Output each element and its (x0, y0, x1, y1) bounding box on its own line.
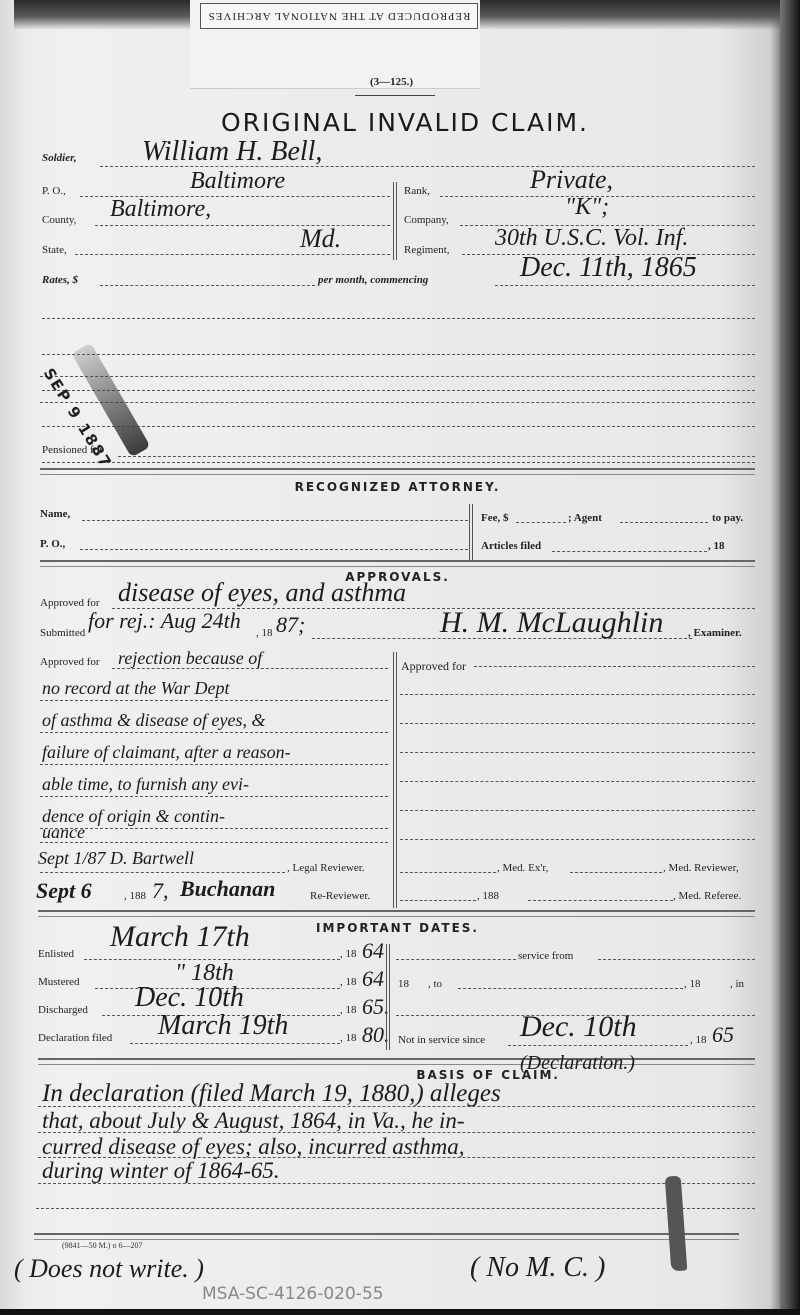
page-title: ORIGINAL INVALID CLAIM. (170, 108, 640, 137)
scan-right-edge (780, 0, 800, 1315)
declaration-filed-value: March 19th (158, 1010, 288, 1042)
rejection-line-4: able time, to furnish any evi- (42, 774, 249, 795)
right-approved-line (400, 781, 755, 782)
rereviewer-date-value: Sept 6 (36, 878, 92, 904)
service-from-pre-line (396, 959, 516, 960)
county-label: County, (42, 214, 76, 226)
company-label: Company, (404, 214, 449, 226)
rates-label: Rates, $ (42, 274, 78, 286)
document-page: REPRODUCED AT THE NATIONAL ARCHIVES (3—1… (0, 0, 800, 1315)
rates-line (100, 285, 315, 286)
mustered-label: Mustered (38, 976, 80, 988)
rejection-rule (40, 796, 388, 797)
articles-year-label: , 18 (708, 540, 725, 552)
regiment-label: Regiment, (404, 244, 450, 256)
blank-line (42, 462, 755, 463)
right-approved-line (400, 810, 755, 811)
state-label: State, (42, 244, 67, 256)
rejection-line-3: failure of claimant, after a reason- (42, 742, 291, 763)
per-month-label: per month, commencing (318, 274, 428, 286)
pensioned-for-label: Pensioned for (42, 444, 103, 456)
right-year-label: , 188 (477, 890, 499, 902)
approved-for-value: disease of eyes, and asthma (118, 578, 406, 608)
rejection-rule (40, 732, 388, 733)
not-in-service-line (508, 1045, 688, 1046)
state-value: Md. (300, 224, 341, 254)
rejection-rule (40, 842, 388, 843)
mustered-year-prefix: , 18 (340, 976, 357, 988)
mustered-year-value: 64 (362, 966, 384, 992)
rank-label: Rank, (404, 185, 430, 197)
right-approved-line (400, 694, 755, 695)
rereviewer-year-value: 7, (152, 878, 169, 904)
submitted-label: Submitted (40, 627, 85, 639)
po-label: P. O., (42, 185, 66, 197)
basis-line-3: during winter of 1864-65. (42, 1158, 280, 1184)
to-pay-label: to pay. (712, 512, 743, 524)
med-referee-line (528, 900, 673, 901)
discharged-year-prefix: , 18 (340, 1004, 357, 1016)
county-value: Baltimore, (110, 196, 211, 223)
submitted-year-prefix: , 18 (256, 627, 273, 639)
examiner-signature: H. M. McLaughlin (440, 606, 663, 640)
enlisted-value: March 17th (110, 920, 250, 954)
right-date-line (400, 900, 476, 901)
service-to-label: , to (428, 978, 442, 990)
column-divider (393, 652, 397, 908)
service-to-line (458, 988, 683, 989)
rereviewer-signature: Buchanan (180, 876, 275, 902)
declaration-year-prefix: , 18 (340, 1032, 357, 1044)
divider (355, 95, 435, 96)
company-value: "K"; (565, 194, 609, 221)
service-from-label: service from (518, 950, 573, 962)
blank-line (42, 354, 755, 355)
attorney-name-label: Name, (40, 508, 70, 520)
commencing-value: Dec. 11th, 1865 (520, 252, 697, 284)
legal-reviewer-label: , Legal Reviewer. (287, 862, 365, 874)
right-approved-line (400, 723, 755, 724)
basis-rule (36, 1208, 755, 1209)
blank-line (42, 390, 755, 391)
rereviewer-label: Re-Reviewer. (310, 890, 370, 902)
archive-stamp-label: REPRODUCED AT THE NATIONAL ARCHIVES (200, 3, 478, 29)
column-divider (386, 944, 390, 1050)
right-approved-line (400, 839, 755, 840)
rejection-rule (40, 828, 388, 829)
articles-filed-label: Articles filed (481, 540, 541, 552)
column-divider (469, 504, 473, 562)
rejection-line-1: no record at the War Dept (42, 678, 229, 699)
soldier-label: Soldier, (42, 152, 77, 164)
right-approved-line (474, 666, 755, 667)
med-exr-line (400, 872, 496, 873)
basis-rule (38, 1132, 755, 1133)
agent-line (620, 522, 708, 523)
discharged-label: Discharged (38, 1004, 88, 1016)
examiner-label: , Examiner. (688, 627, 742, 639)
rejection-rule (40, 700, 388, 701)
enlisted-year-prefix: , 18 (340, 948, 357, 960)
section-divider (38, 1058, 755, 1065)
blank-line (42, 426, 755, 427)
section-divider (34, 1233, 739, 1240)
attorney-heading: RECOGNIZED ATTORNEY. (40, 480, 755, 494)
attorney-po-label: P. O., (40, 538, 65, 550)
submitted-value: for rej.: Aug 24th (88, 608, 241, 634)
blank-line (42, 318, 755, 319)
service-eighteen-in-label: , 18 (684, 978, 701, 990)
scan-bottom-edge (0, 1309, 800, 1315)
section-divider (38, 910, 755, 917)
submitted-year-value: 87; (276, 612, 305, 638)
not-in-service-label: Not in service since (398, 1034, 485, 1046)
rejection-rule (112, 668, 388, 669)
regiment-value: 30th U.S.C. Vol. Inf. (495, 225, 688, 252)
county-line (95, 225, 390, 226)
rejection-line-2: of asthma & disease of eyes, & (42, 710, 265, 731)
commencing-line (495, 285, 755, 286)
right-approved-for-label: Approved for (401, 659, 466, 674)
rejection-line-0: rejection because of (118, 648, 262, 669)
rank-value: Private, (530, 165, 613, 195)
section-divider (40, 560, 755, 567)
fee-label: Fee, $ (481, 512, 508, 524)
basis-line-1: that, about July & August, 1864, in Va.,… (42, 1108, 465, 1134)
rejection-line-6: uance (42, 822, 85, 843)
does-not-write-note: ( Does not write. ) (14, 1254, 204, 1284)
rereviewer-year-prefix: , 188 (124, 890, 146, 902)
legal-reviewer-line (40, 872, 285, 873)
print-number: (9841—50 M.) o 6—207 (62, 1241, 142, 1250)
declaration-filed-label: Declaration filed (38, 1032, 112, 1044)
no-mc-note: ( No M. C. ) (470, 1252, 605, 1284)
soldier-name-value: William H. Bell, (142, 136, 322, 168)
column-divider (393, 182, 397, 260)
attorney-name-line (82, 520, 468, 521)
service-eighteen-label: 18 (398, 978, 409, 990)
not-in-service-year-prefix: , 18 (690, 1034, 707, 1046)
med-exr-label: , Med. Ex'r, (497, 862, 548, 874)
po-value: Baltimore (190, 168, 285, 195)
legal-reviewer-value: Sept 1/87 D. Bartwell (38, 848, 194, 869)
service-in-label: , in (730, 978, 744, 990)
articles-filed-line (552, 551, 707, 552)
med-referee-label: , Med. Referee. (673, 890, 741, 902)
med-reviewer-label: , Med. Reviewer, (663, 862, 739, 874)
service-from-line (598, 959, 755, 960)
not-in-service-year-value: 65 (712, 1022, 734, 1048)
not-in-service-value: Dec. 10th (520, 1010, 637, 1044)
right-approved-line (400, 752, 755, 753)
basis-rule (38, 1106, 755, 1107)
blank-line (40, 402, 755, 403)
basis-line-0: In declaration (filed March 19, 1880,) a… (42, 1080, 501, 1108)
basis-rule (38, 1183, 755, 1184)
enlisted-label: Enlisted (38, 948, 74, 960)
declaration-filed-line (130, 1043, 340, 1044)
paper-stain (665, 1176, 688, 1272)
blank-line (40, 376, 755, 377)
agent-label: ; Agent (568, 512, 602, 524)
state-line (75, 254, 390, 255)
left-approved-for-label: Approved for (40, 656, 100, 668)
rejection-rule (40, 764, 388, 765)
enlisted-year-value: 64 (362, 938, 384, 964)
pensioned-for-line (118, 456, 755, 457)
form-number: (3—125.) (370, 76, 413, 88)
fee-line (516, 522, 566, 523)
section-divider (40, 468, 755, 475)
attorney-po-line (80, 549, 468, 550)
med-reviewer-line (570, 872, 662, 873)
archive-id: MSA-SC-4126-020-55 (202, 1284, 384, 1304)
